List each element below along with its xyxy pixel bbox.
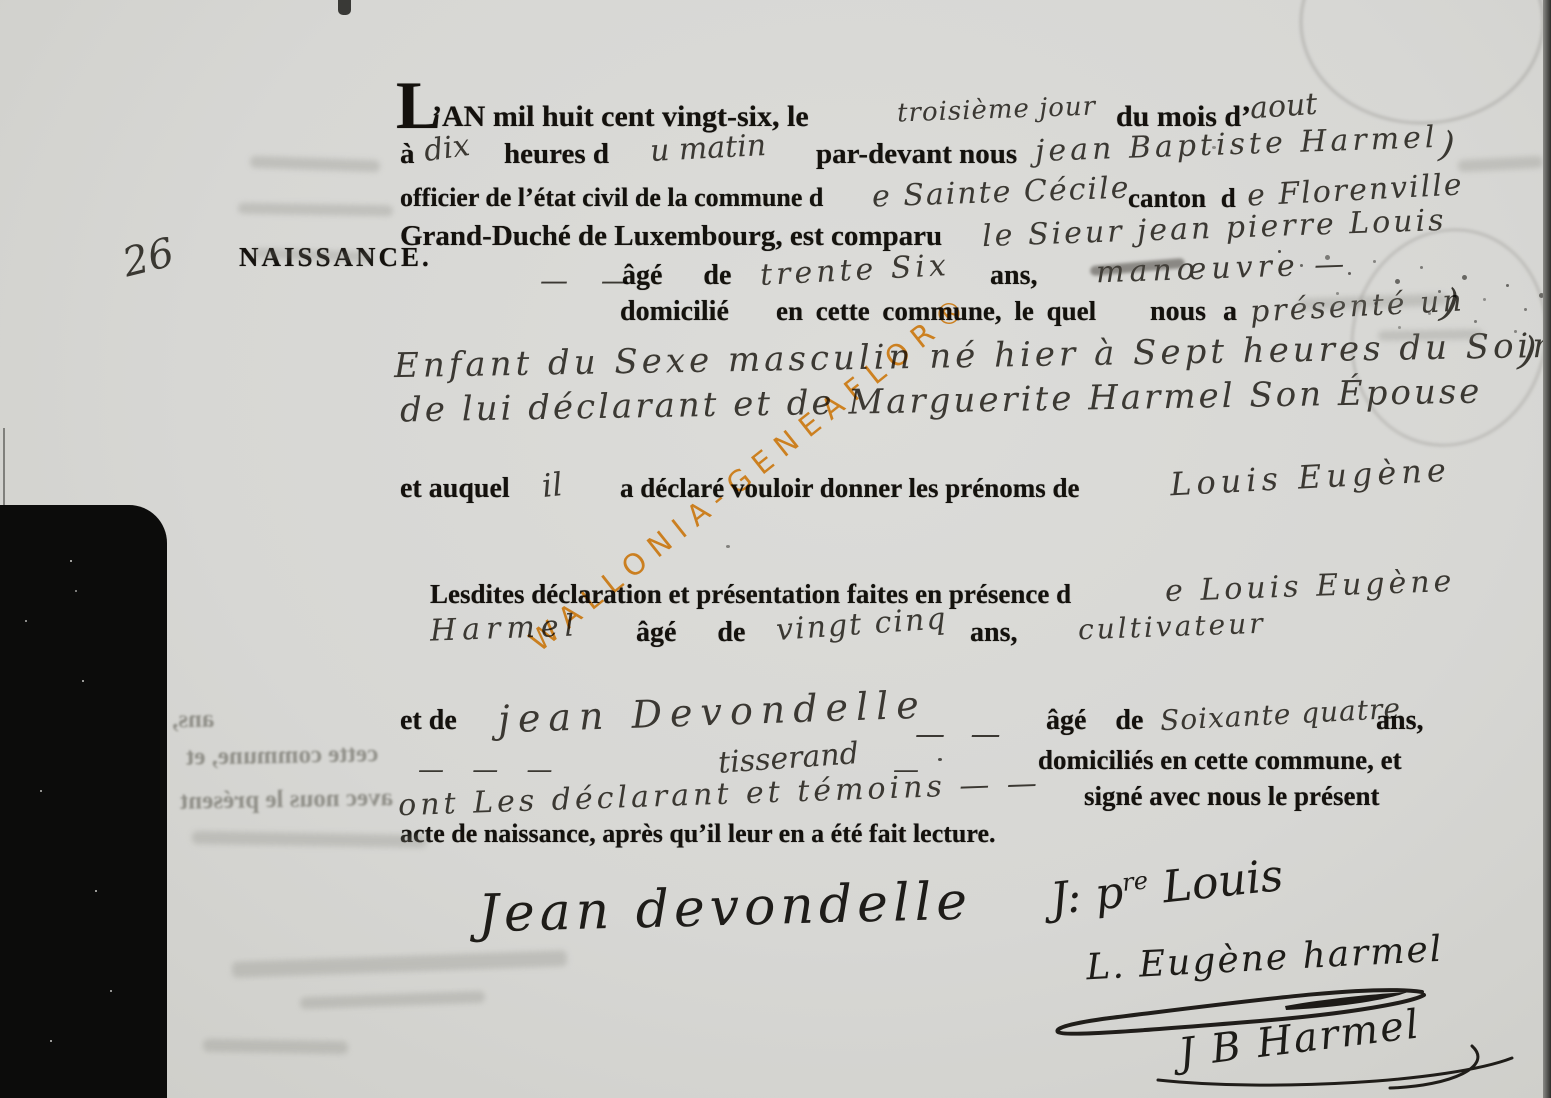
printed-text: acte de naissance, après qu’il leur en a…: [400, 820, 996, 849]
printed-text: à: [400, 139, 415, 171]
printed-text: domiciliés en cette commune, et: [1038, 746, 1402, 776]
signature-part: Louis: [1160, 850, 1285, 913]
signature-part: J: p: [1048, 867, 1126, 925]
handwritten-month: aout: [1249, 88, 1318, 126]
handwritten-witness2-age: Soixante quatre: [1159, 694, 1401, 737]
handwritten-officer-name: jean Baptiste Harmel: [1035, 121, 1439, 168]
stray-ink-dots: [938, 758, 942, 761]
printed-text: en cette commune, le quel: [776, 297, 1096, 327]
act-number: 26: [118, 230, 178, 285]
flourish-mark: ): [1437, 125, 1456, 166]
officer-signature-flourish: [1150, 1042, 1540, 1096]
bleedthrough-smudge: [1458, 156, 1544, 172]
handwritten-declarant-name: le Sieur jean pierre Louis: [982, 204, 1447, 253]
handwritten-given-names: Louis Eugène: [1169, 453, 1451, 503]
bleedthrough-smudge: [203, 1039, 348, 1055]
scan-dust-specks: [70, 560, 72, 562]
scan-edge-line: [3, 428, 5, 506]
handwritten-commune: e Sainte Cécile: [872, 172, 1131, 214]
printed-text: ans,: [1376, 706, 1423, 737]
handwritten-time-of-day: u matin: [649, 129, 767, 168]
printed-text: officier de l’état civil de la commune d: [400, 184, 823, 213]
printed-text: âgé de: [622, 261, 731, 292]
printed-text: âgé de: [636, 618, 745, 649]
handwritten-witness2-name: jean Devondelle: [497, 685, 927, 742]
printed-text: a déclaré vouloir donner les prénoms de: [620, 474, 1080, 504]
printed-text: et auquel: [400, 474, 510, 505]
handwritten-day: troisième jour: [897, 93, 1097, 129]
handwritten-witness1-surname: Harmel: [429, 609, 580, 647]
printed-text: âgé de: [1046, 706, 1143, 737]
handwritten-witness1-name: e Louis Eugène: [1165, 565, 1456, 608]
filler-dashes: — — —: [418, 756, 563, 785]
bleedthrough-smudge: [250, 156, 380, 173]
printed-text: signé avec nous le présent: [1084, 782, 1379, 812]
handwritten-witness1-occupation: cultivateur: [1078, 609, 1267, 646]
printed-text: Lesdites déclaration et présentation fai…: [430, 580, 1071, 610]
handwritten-hour: dix: [422, 129, 472, 168]
bleedthrough-text: cette commune, et: [186, 740, 379, 771]
faint-stamp-circle: [1300, 0, 1544, 124]
printed-text: par-devant nous: [816, 139, 1017, 171]
handwritten-age: trente Six: [759, 249, 950, 292]
faint-stamp-circle: [1327, 207, 1551, 469]
birth-record-scan: WALLONIA-GENEAFLOR® 26 NAISSANCE. L ’AN …: [0, 0, 1551, 1098]
bleedthrough-smudge: [238, 203, 393, 217]
filler-dashes: — —: [915, 718, 1009, 751]
scan-edge-strip: [1543, 0, 1551, 1098]
bleedthrough-text: ans,: [172, 706, 215, 734]
bleedthrough-smudge: [192, 831, 427, 848]
scan-black-margin: [0, 505, 167, 1098]
bleedthrough-text: avec nous le présent: [180, 784, 394, 815]
bleedthrough-smudge: [300, 991, 485, 1009]
printed-text: et de: [400, 706, 457, 737]
printed-text: ans,: [990, 261, 1037, 292]
bleedthrough-smudge: [232, 950, 567, 978]
printed-text: canton d: [1128, 184, 1236, 214]
printed-text: domicilié: [620, 297, 729, 328]
signature-jean-pierre-louis: J: preLouis: [1048, 850, 1285, 925]
printed-text: Grand-Duché de Luxembourg, est comparu: [400, 221, 942, 253]
ink-speckles: [1278, 250, 1281, 253]
printed-text: ans,: [970, 618, 1017, 649]
printed-text: heures d: [504, 139, 609, 171]
superscript: re: [1121, 866, 1150, 897]
handwritten-pronoun: il: [540, 467, 564, 504]
scan-top-mark: [338, 0, 351, 15]
printed-text: nous a: [1150, 297, 1237, 328]
signature-louis-eugene-harmel: L. Eugène harmel: [1085, 929, 1444, 989]
signature-jean-devondelle: Jean devondelle: [477, 872, 972, 945]
